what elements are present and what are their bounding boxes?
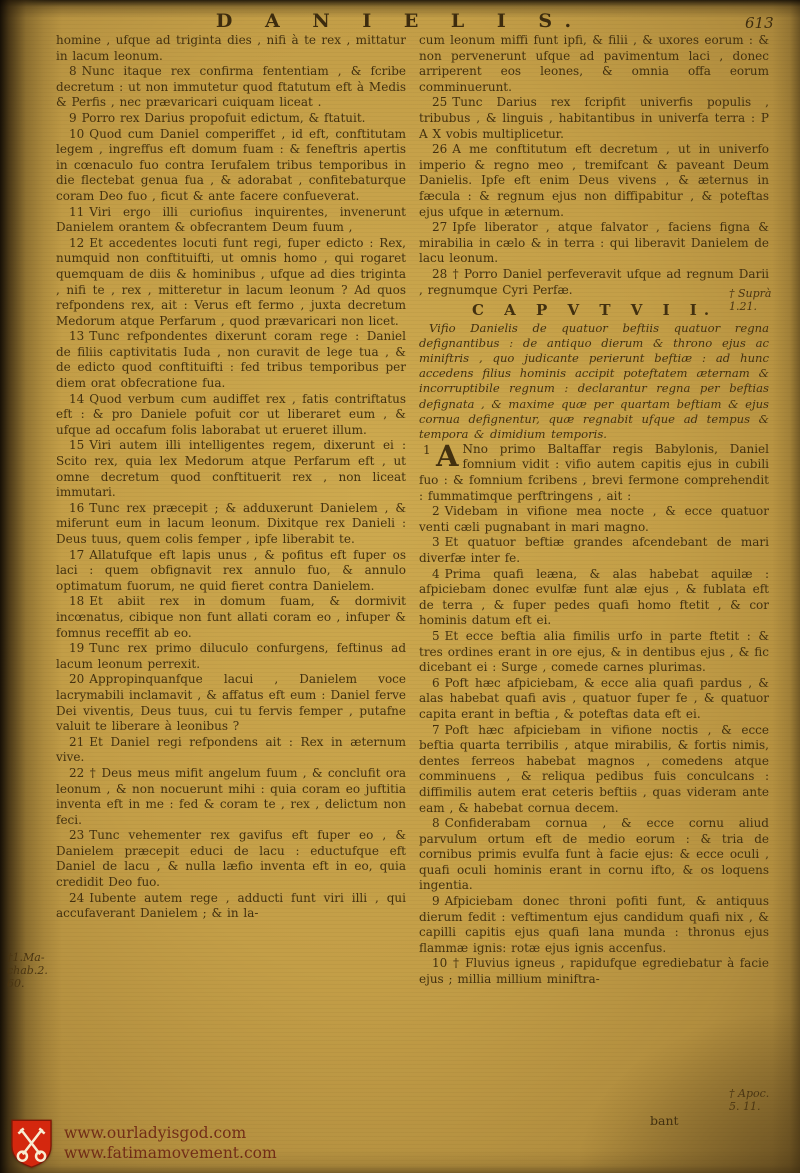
verse-paragraph: 17Allatufque eft lapis unus , & pofitus … <box>56 548 406 595</box>
verse-text: Tunc rex primo diluculo confurgens, feft… <box>56 641 406 671</box>
verse-text: Prima quafi leæna, & alas habebat aquilæ… <box>419 567 769 628</box>
verse-paragraph: 21Et Daniel regi refpondens ait : Rex in… <box>56 735 406 766</box>
verse-text: Tunc vehementer rex gavifus eft fuper eo… <box>56 828 406 889</box>
verse-paragraph: 6Poft hæc afpiciebam, & ecce alia quafi … <box>419 676 769 723</box>
verse-paragraph: 22† Deus meus mifit angelum fuum , & con… <box>56 766 406 828</box>
verse-number: 19 <box>69 641 89 655</box>
margin-note-line: 5. 11. <box>729 1100 769 1113</box>
verse-paragraph: 20Appropinquanfque lacui , Danielem voce… <box>56 672 406 734</box>
watermark-urls: www.ourladyisgod.com www.fatimamovement.… <box>64 1123 277 1163</box>
verse-number: 11 <box>69 205 89 219</box>
verse-paragraph: 7Poft hæc afpiciebam in vifione noctis ,… <box>419 723 769 817</box>
margin-note-supra: † Suprà 1.21. <box>729 287 771 313</box>
verse-number: 10 <box>432 956 452 970</box>
verse-text: Ipfe liberator , atque falvator , facien… <box>419 220 769 265</box>
verse-text: † Porro Daniel perfeveravit ufque ad reg… <box>419 267 769 297</box>
verse-number: 24 <box>69 891 89 905</box>
verse-text: Nno primo Baltaffar regis Babylonis, Dan… <box>419 442 769 503</box>
verse-paragraph: 12Et accedentes locuti funt regi, fuper … <box>56 236 406 330</box>
verse-number: 8 <box>69 64 82 78</box>
chapter-heading: C A P V T V I I. <box>419 301 769 319</box>
verse-number: 3 <box>432 535 445 549</box>
chapter-argument: Vifio Danielis de quatuor beftiis quatuo… <box>419 321 769 442</box>
margin-note-line: † Suprà <box>729 287 771 300</box>
margin-note-line: 60. <box>7 977 48 990</box>
verse-paragraph: 2Videbam in vifione mea nocte , & ecce q… <box>419 504 769 535</box>
page-number: 613 <box>745 14 774 32</box>
verse-paragraph: 15Viri autem illi intelligentes regem, d… <box>56 438 406 500</box>
verse-text: Appropinquanfque lacui , Danielem voce l… <box>56 672 406 733</box>
verse-number: 27 <box>432 220 452 234</box>
verse-number: 9 <box>69 111 82 125</box>
margin-note-apoc: † Apoc. 5. 11. <box>729 1087 769 1113</box>
drop-cap-initial: A <box>436 443 459 469</box>
verse-text: Tunc refpondentes dixerunt coram rege : … <box>56 329 406 390</box>
verse-text: Allatufque eft lapis unus , & pofitus ef… <box>56 548 406 593</box>
verse-paragraph: 10† Fluvius igneus , rapidufque egredieb… <box>419 956 769 987</box>
right-column-verses-ch7: 2Videbam in vifione mea nocte , & ecce q… <box>419 504 769 987</box>
left-column: homine , ufque ad triginta dies , nifi à… <box>56 33 406 988</box>
verse-number: 17 <box>69 548 89 562</box>
verse-text: Afpiciebam donec throni pofiti funt, & a… <box>419 894 769 955</box>
verse-text: Et quatuor beftiæ grandes afcendebant de… <box>419 535 769 565</box>
verse-number: 23 <box>69 828 89 842</box>
verse-number: 15 <box>69 438 89 452</box>
verse-number: 8 <box>432 816 445 830</box>
text-columns: homine , ufque ad triginta dies , nifi à… <box>56 33 770 988</box>
verse-text: Tunc rex præcepit ; & adduxerunt Daniele… <box>56 501 406 546</box>
verse-paragraph: 28† Porro Daniel perfeveravit ufque ad r… <box>419 267 769 298</box>
verse-paragraph: 1ANno primo Baltaffar regis Babylonis, D… <box>419 442 769 504</box>
watermark-url-1: www.ourladyisgod.com <box>64 1123 277 1143</box>
verse-text: Videbam in vifione mea nocte , & ecce qu… <box>419 504 769 534</box>
verse-paragraph: 26A me conftitutum eft decretum , ut in … <box>419 142 769 220</box>
verse-number: 22 <box>69 766 89 780</box>
verse-paragraph: 23Tunc vehementer rex gavifus eft fuper … <box>56 828 406 890</box>
verse-number: 13 <box>69 329 89 343</box>
verse-paragraph: 8Nunc itaque rex confirma fententiam , &… <box>56 64 406 111</box>
verse-number: 16 <box>69 501 89 515</box>
verse-text: † Deus meus mifit angelum fuum , & concl… <box>56 766 406 827</box>
scanned-book-page: D A N I E L I S. 613 homine , ufque ad t… <box>0 0 800 1173</box>
verse-text: Et accedentes locuti funt regi, fuper ed… <box>56 236 406 328</box>
verse-paragraph: 8Confiderabam cornua , & ecce cornu aliu… <box>419 816 769 894</box>
verse-text: Poft hæc afpiciebam in vifione noctis , … <box>419 723 769 815</box>
verse-number: 6 <box>432 676 445 690</box>
verse-continuation: cum leonum miffi funt ipfi, & filii , & … <box>419 33 769 95</box>
verse-paragraph: 24Iubente autem rege , adducti funt viri… <box>56 891 406 922</box>
verse-number: 25 <box>432 95 452 109</box>
verse-paragraph: 3Et quatuor beftiæ grandes afcendebant d… <box>419 535 769 566</box>
verse-text: Poft hæc afpiciebam, & ecce alia quafi p… <box>419 676 769 721</box>
watermark-url-2: www.fatimamovement.com <box>64 1143 277 1163</box>
verse-text: A me conftitutum eft decretum , ut in un… <box>419 142 769 218</box>
verse-number: 4 <box>432 567 445 581</box>
verse-number: 10 <box>69 127 89 141</box>
left-column-verses: 8Nunc itaque rex confirma fententiam , &… <box>56 64 406 922</box>
verse-paragraph: 10Quod cum Daniel comperiffet , id eft, … <box>56 127 406 205</box>
verse-text: Et ecce beftia alia fimilis urfo in part… <box>419 629 769 674</box>
verse-number: 28 <box>432 267 452 281</box>
verse-number: 12 <box>69 236 89 250</box>
verse-text: Viri autem illi intelligentes regem, dix… <box>56 438 406 499</box>
verse-text: Tunc Darius rex fcripfit univerfis popul… <box>419 95 769 140</box>
verse-paragraph: 25Tunc Darius rex fcripfit univerfis pop… <box>419 95 769 142</box>
verse-number: 18 <box>69 594 89 608</box>
verse-text: Quod verbum cum audiffet rex , fatis con… <box>56 392 406 437</box>
verse-paragraph: 9Porro rex Darius propofuit edictum, & f… <box>56 111 406 127</box>
verse-number: 1 <box>423 443 431 459</box>
verse-number: 21 <box>69 735 89 749</box>
verse-paragraph: 4Prima quafi leæna, & alas habebat aquil… <box>419 567 769 629</box>
margin-note-line: † Apoc. <box>729 1087 769 1100</box>
verse-number: 9 <box>432 894 445 908</box>
verse-continuation: homine , ufque ad triginta dies , nifi à… <box>56 33 406 64</box>
margin-note-line: 1.21. <box>729 300 771 313</box>
verse-text: Et Daniel regi refpondens ait : Rex in æ… <box>56 735 406 765</box>
verse-paragraph: 16Tunc rex præcepit ; & adduxerunt Danie… <box>56 501 406 548</box>
margin-note-machabees: †1.Ma- chab.2. 60. <box>7 951 48 990</box>
verse-paragraph: 11Viri ergo illi curiofius inquirentes, … <box>56 205 406 236</box>
verse-text: Nunc itaque rex confirma fententiam , & … <box>56 64 406 109</box>
verse-paragraph: 18Et abiit rex in domum fuam, & dormivit… <box>56 594 406 641</box>
verse-paragraph: 9Afpiciebam donec throni pofiti funt, & … <box>419 894 769 956</box>
verse-number: 2 <box>432 504 445 518</box>
verse-number: 14 <box>69 392 89 406</box>
verse-paragraph: 5Et ecce beftia alia fimilis urfo in par… <box>419 629 769 676</box>
verse-paragraph: 19Tunc rex primo diluculo confurgens, fe… <box>56 641 406 672</box>
verse-paragraph: 13Tunc refpondentes dixerunt coram rege … <box>56 329 406 391</box>
verse-text: Iubente autem rege , adducti funt viri i… <box>56 891 406 921</box>
verse-number: 5 <box>432 629 445 643</box>
verse-text: † Fluvius igneus , rapidufque egrediebat… <box>419 956 769 986</box>
verse-text: Quod cum Daniel comperiffet , id eft, co… <box>56 127 406 203</box>
margin-note-line: †1.Ma- <box>7 951 48 964</box>
verse-text: Viri ergo illi curiofius inquirentes, in… <box>56 205 406 235</box>
watermark: www.ourladyisgod.com www.fatimamovement.… <box>8 1118 277 1168</box>
verse-paragraph: 14Quod verbum cum audiffet rex , fatis c… <box>56 392 406 439</box>
verse-text: Confiderabam cornua , & ecce cornu aliud… <box>419 816 769 892</box>
crossed-keys-shield-icon <box>8 1118 55 1168</box>
verse-paragraph: 27Ipfe liberator , atque falvator , faci… <box>419 220 769 267</box>
verse-number: 26 <box>432 142 452 156</box>
right-column: cum leonum miffi funt ipfi, & filii , & … <box>419 33 769 988</box>
running-title: D A N I E L I S. <box>0 10 800 32</box>
verse-number: 7 <box>432 723 445 737</box>
verse-text: Et abiit rex in domum fuam, & dormivit i… <box>56 594 406 639</box>
verse-number: 20 <box>69 672 89 686</box>
catchword: bant <box>650 1113 679 1128</box>
verse-text: Porro rex Darius propofuit edictum, & ft… <box>82 111 366 125</box>
right-column-verses-ch6: 25Tunc Darius rex fcripfit univerfis pop… <box>419 95 769 298</box>
margin-note-line: chab.2. <box>7 964 48 977</box>
